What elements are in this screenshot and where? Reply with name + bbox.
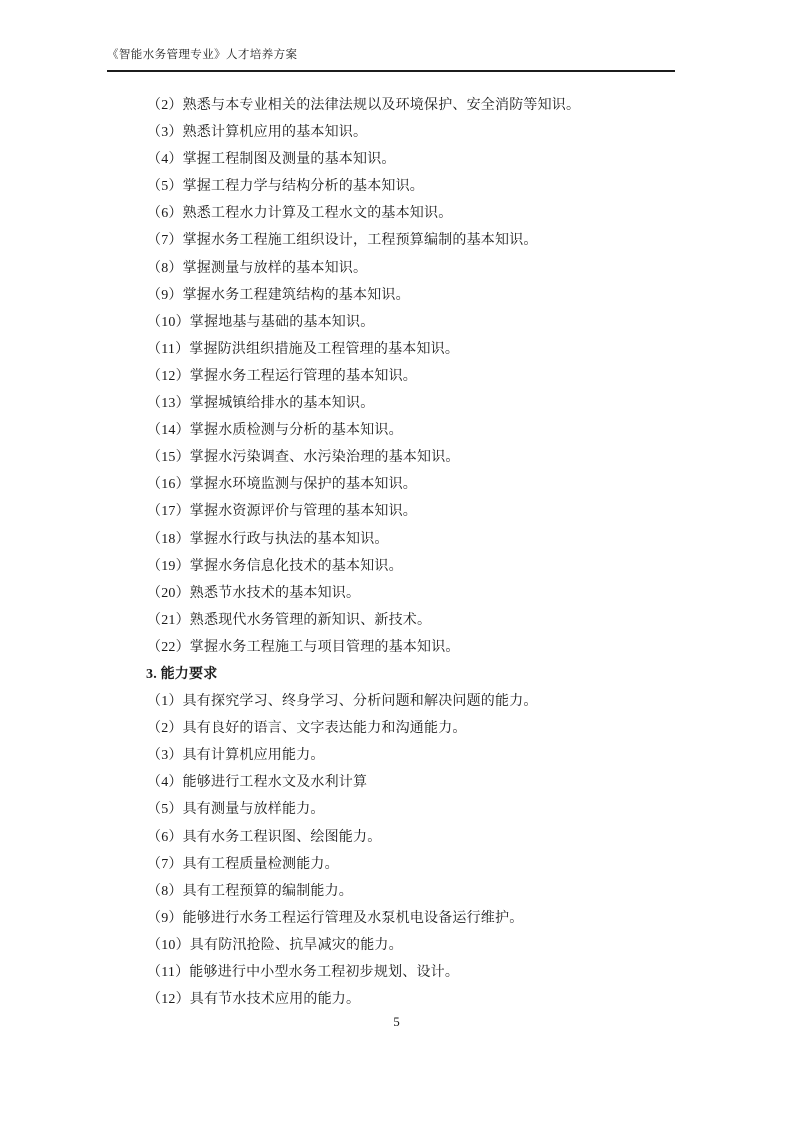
ability-list-item: （12）具有节水技术应用的能力。 bbox=[0, 986, 793, 1013]
page-header: 《智能水务管理专业》人才培养方案 bbox=[107, 49, 675, 72]
knowledge-list-item: （16）掌握水环境监测与保护的基本知识。 bbox=[0, 471, 793, 498]
knowledge-list-item: （5）掌握工程力学与结构分析的基本知识。 bbox=[0, 173, 793, 200]
knowledge-list-item: （9）掌握水务工程建筑结构的基本知识。 bbox=[0, 282, 793, 309]
knowledge-list-item: （8）掌握测量与放样的基本知识。 bbox=[0, 255, 793, 282]
document-page: 《智能水务管理专业》人才培养方案 （2）熟悉与本专业相关的法律法规以及环境保护、… bbox=[0, 0, 793, 1122]
knowledge-requirements-list: （2）熟悉与本专业相关的法律法规以及环境保护、安全消防等知识。（3）熟悉计算机应… bbox=[0, 92, 793, 661]
knowledge-list-item: （15）掌握水污染调查、水污染治理的基本知识。 bbox=[0, 444, 793, 471]
page-footer: 5 bbox=[0, 1012, 793, 1032]
page-number: 5 bbox=[393, 1014, 400, 1029]
section-heading-ability-requirements: 3. 能力要求 bbox=[0, 661, 793, 688]
knowledge-list-item: （19）掌握水务信息化技术的基本知识。 bbox=[0, 553, 793, 580]
knowledge-list-item: （21）熟悉现代水务管理的新知识、新技术。 bbox=[0, 607, 793, 634]
knowledge-list-item: （3）熟悉计算机应用的基本知识。 bbox=[0, 119, 793, 146]
ability-list-item: （1）具有探究学习、终身学习、分析问题和解决问题的能力。 bbox=[0, 688, 793, 715]
knowledge-list-item: （13）掌握城镇给排水的基本知识。 bbox=[0, 390, 793, 417]
knowledge-list-item: （12）掌握水务工程运行管理的基本知识。 bbox=[0, 363, 793, 390]
ability-list-item: （6）具有水务工程识图、绘图能力。 bbox=[0, 824, 793, 851]
ability-list-item: （4）能够进行工程水文及水利计算 bbox=[0, 769, 793, 796]
ability-list-item: （10）具有防汛抢险、抗旱减灾的能力。 bbox=[0, 932, 793, 959]
knowledge-list-item: （6）熟悉工程水力计算及工程水文的基本知识。 bbox=[0, 200, 793, 227]
knowledge-list-item: （2）熟悉与本专业相关的法律法规以及环境保护、安全消防等知识。 bbox=[0, 92, 793, 119]
knowledge-list-item: （11）掌握防洪组织措施及工程管理的基本知识。 bbox=[0, 336, 793, 363]
ability-list-item: （3）具有计算机应用能力。 bbox=[0, 742, 793, 769]
knowledge-list-item: （20）熟悉节水技术的基本知识。 bbox=[0, 580, 793, 607]
document-body: （2）熟悉与本专业相关的法律法规以及环境保护、安全消防等知识。（3）熟悉计算机应… bbox=[0, 92, 793, 1013]
ability-list-item: （5）具有测量与放样能力。 bbox=[0, 796, 793, 823]
ability-list-item: （2）具有良好的语言、文字表达能力和沟通能力。 bbox=[0, 715, 793, 742]
ability-requirements-list: （1）具有探究学习、终身学习、分析问题和解决问题的能力。（2）具有良好的语言、文… bbox=[0, 688, 793, 1013]
ability-list-item: （7）具有工程质量检测能力。 bbox=[0, 851, 793, 878]
ability-list-item: （8）具有工程预算的编制能力。 bbox=[0, 878, 793, 905]
ability-list-item: （11）能够进行中小型水务工程初步规划、设计。 bbox=[0, 959, 793, 986]
ability-list-item: （9）能够进行水务工程运行管理及水泵机电设备运行维护。 bbox=[0, 905, 793, 932]
knowledge-list-item: （14）掌握水质检测与分析的基本知识。 bbox=[0, 417, 793, 444]
knowledge-list-item: （17）掌握水资源评价与管理的基本知识。 bbox=[0, 498, 793, 525]
knowledge-list-item: （10）掌握地基与基础的基本知识。 bbox=[0, 309, 793, 336]
knowledge-list-item: （18）掌握水行政与执法的基本知识。 bbox=[0, 526, 793, 553]
header-title: 《智能水务管理专业》人才培养方案 bbox=[107, 49, 297, 61]
knowledge-list-item: （22）掌握水务工程施工与项目管理的基本知识。 bbox=[0, 634, 793, 661]
knowledge-list-item: （4）掌握工程制图及测量的基本知识。 bbox=[0, 146, 793, 173]
knowledge-list-item: （7）掌握水务工程施工组织设计，工程预算编制的基本知识。 bbox=[0, 227, 793, 254]
